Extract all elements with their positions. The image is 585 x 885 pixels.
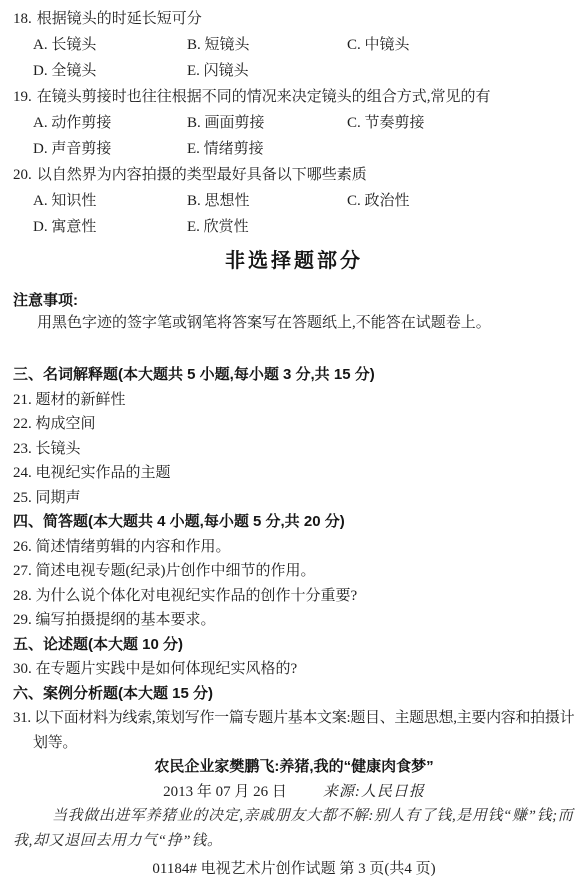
item-25: 25. 同期声 [13,486,575,511]
article-body: 当我做出进军养猪业的决定,亲戚朋友大都不解:别人有了钱,是用钱“赚”钱;而我,却… [13,804,575,853]
question-number: 20. [13,167,32,183]
option: E. 欣赏性 [187,214,347,240]
option: B. 短镜头 [187,32,347,58]
option: A. 知识性 [33,188,187,214]
question-18: 18.根据镜头的时延长短可分 [13,6,575,32]
item-29: 29. 编写拍摄提纲的基本要求。 [13,608,575,633]
option-row: A. 长镜头B. 短镜头C. 中镜头 [13,32,575,58]
option: A. 长镜头 [33,32,187,58]
section-6-heading: 六、案例分析题(本大题 15 分) [13,682,575,707]
option: D. 全镜头 [33,58,187,84]
option: A. 动作剪接 [33,110,187,136]
option-row: A. 动作剪接B. 画面剪接C. 节奏剪接 [13,110,575,136]
option: C. 政治性 [347,188,410,214]
page-footer: 01184# 电视艺术片创作试题 第 3 页(共4 页) [13,857,575,882]
question-text: 根据镜头的时延长短可分 [37,11,202,27]
section-4-heading: 四、简答题(本大题共 4 小题,每小题 5 分,共 20 分) [13,510,575,535]
notice-body: 用黑色字迹的签字笔或钢笔将答案写在答题纸上,不能答在试题卷上。 [13,312,575,335]
option: E. 情绪剪接 [187,136,347,162]
non-choice-sections: 三、名词解释题(本大题共 5 小题,每小题 3 分,共 15 分) 21. 题材… [13,363,575,882]
item-23: 23. 长镜头 [13,437,575,462]
option-row: D. 全镜头E. 闪镜头 [13,58,575,84]
option: E. 闪镜头 [187,58,347,84]
section-3-heading: 三、名词解释题(本大题共 5 小题,每小题 3 分,共 15 分) [13,363,575,388]
option: D. 声音剪接 [33,136,187,162]
question-number: 19. [13,89,32,105]
question-text: 在镜头剪接时也往往根据不同的情况来决定镜头的组合方式,常见的有 [37,89,491,105]
option: C. 节奏剪接 [347,110,425,136]
item-31: 31. 以下面材料为线索,策划写作一篇专题片基本文案:题目、主题思想,主要内容和… [13,706,575,755]
question-text: 以自然界为内容拍摄的类型最好具备以下哪些素质 [37,167,367,183]
item-21: 21. 题材的新鲜性 [13,388,575,413]
item-24: 24. 电视纪实作品的主题 [13,461,575,486]
question-20: 20.以自然界为内容拍摄的类型最好具备以下哪些素质 [13,162,575,188]
multiple-choice-section: 18.根据镜头的时延长短可分 A. 长镜头B. 短镜头C. 中镜头 D. 全镜头… [13,6,575,240]
option: B. 思想性 [187,188,347,214]
article-source: 来源:人民日报 [323,784,425,800]
option: C. 中镜头 [347,32,410,58]
part-header: 非选择题部分 [13,248,575,274]
option: B. 画面剪接 [187,110,347,136]
option-row: D. 声音剪接E. 情绪剪接 [13,136,575,162]
article-date: 2013 年 07 月 26 日 [163,784,287,800]
item-28: 28. 为什么说个体化对电视纪实作品的创作十分重要? [13,584,575,609]
item-27: 27. 简述电视专题(纪录)片创作中细节的作用。 [13,559,575,584]
item-26: 26. 简述情绪剪辑的内容和作用。 [13,535,575,560]
option: D. 寓意性 [33,214,187,240]
item-30: 30. 在专题片实践中是如何体现纪实风格的? [13,657,575,682]
article-dateline: 2013 年 07 月 26 日来源:人民日报 [13,780,575,805]
option-row: A. 知识性B. 思想性C. 政治性 [13,188,575,214]
option-row: D. 寓意性E. 欣赏性 [13,214,575,240]
article-title: 农民企业家樊鹏飞:养猪,我的“健康肉食梦” [13,755,575,780]
question-number: 18. [13,11,32,27]
section-5-heading: 五、论述题(本大题 10 分) [13,633,575,658]
question-19: 19.在镜头剪接时也往往根据不同的情况来决定镜头的组合方式,常见的有 [13,84,575,110]
exam-page: 18.根据镜头的时延长短可分 A. 长镜头B. 短镜头C. 中镜头 D. 全镜头… [0,0,585,885]
notice-title: 注意事项: [13,290,575,312]
item-22: 22. 构成空间 [13,412,575,437]
